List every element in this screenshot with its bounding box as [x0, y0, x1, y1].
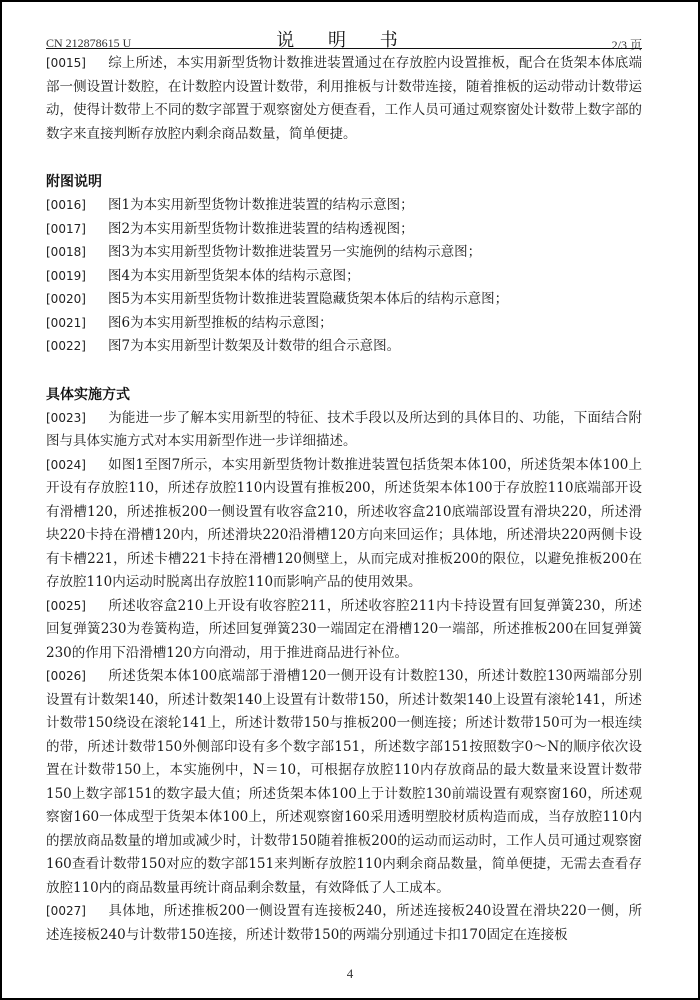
paragraph-text: 图6为本实用新型推板的结构示意图；: [108, 315, 333, 331]
paragraph-0027: [0027]具体地，所述推板200一侧设置有连接板240，所述连接板240设置在…: [46, 900, 642, 947]
paragraph-number: [0026]: [46, 665, 108, 689]
paragraph-number: [0018]: [46, 241, 108, 265]
page-header: CN 212878615 U 说 明 书 2/3 页: [46, 26, 642, 48]
header-rule: [46, 48, 642, 49]
paragraph-text: 如图1至图7所示，本实用新型货物计数推进装置包括货架本体100，所述货架本体10…: [46, 457, 642, 591]
paragraph-number: [0023]: [46, 407, 108, 431]
paragraph-number: [0021]: [46, 312, 108, 336]
section-heading-embodiments: 具体实施方式: [46, 383, 642, 407]
paragraph-text: 所述收容盒210上开设有收容腔211，所述收容腔211内卡持设置有回复弹簧230…: [46, 598, 642, 661]
paragraph-0018: [0018]图3为本实用新型货物计数推进装置另一实施例的结构示意图；: [46, 241, 642, 265]
paragraph-0019: [0019]图4为本实用新型货架本体的结构示意图；: [46, 265, 642, 289]
paragraph-number: [0020]: [46, 288, 108, 312]
paragraph-0015: [0015]综上所述，本实用新型货物计数推进装置通过在存放腔内设置推板，配合在货…: [46, 52, 642, 146]
paragraph-0022: [0022]图7为本实用新型计数架及计数带的组合示意图。: [46, 335, 642, 359]
paragraph-0016: [0016]图1为本实用新型货物计数推进装置的结构示意图；: [46, 194, 642, 218]
paragraph-0026: [0026]所述货架本体100底端部于滑槽120一侧开设有计数腔130，所述计数…: [46, 665, 642, 900]
document-body: [0015]综上所述，本实用新型货物计数推进装置通过在存放腔内设置推板，配合在货…: [46, 52, 642, 947]
paragraph-0025: [0025]所述收容盒210上开设有收容腔211，所述收容腔211内卡持设置有回…: [46, 595, 642, 666]
paragraph-text: 图5为本实用新型货物计数推进装置隐藏货架本体后的结构示意图；: [108, 291, 508, 307]
paragraph-number: [0017]: [46, 218, 108, 242]
paragraph-text: 图3为本实用新型货物计数推进装置另一实施例的结构示意图；: [108, 244, 481, 260]
page-indicator: 2/3 页: [612, 36, 642, 53]
section-heading-figures: 附图说明: [46, 170, 642, 194]
paragraph-number: [0016]: [46, 194, 108, 218]
paragraph-0023: [0023]为能进一步了解本实用新型的特征、技术手段以及所达到的具体目的、功能，…: [46, 407, 642, 454]
paragraph-0024: [0024]如图1至图7所示，本实用新型货物计数推进装置包括货架本体100，所述…: [46, 454, 642, 595]
paragraph-0017: [0017]图2为本实用新型货物计数推进装置的结构透视图；: [46, 218, 642, 242]
paragraph-number: [0022]: [46, 335, 108, 359]
paragraph-text: 图1为本实用新型货物计数推进装置的结构示意图；: [108, 197, 414, 213]
paragraph-number: [0027]: [46, 900, 108, 924]
paragraph-0020: [0020]图5为本实用新型货物计数推进装置隐藏货架本体后的结构示意图；: [46, 288, 642, 312]
paragraph-number: [0019]: [46, 265, 108, 289]
page-number: 4: [0, 966, 700, 982]
paragraph-text: 图4为本实用新型货架本体的结构示意图；: [108, 268, 360, 284]
paragraph-text: 具体地，所述推板200一侧设置有连接板240，所述连接板240设置在滑块220一…: [46, 903, 642, 943]
paragraph-text: 综上所述，本实用新型货物计数推进装置通过在存放腔内设置推板，配合在货架本体底端部…: [46, 55, 642, 142]
paragraph-text: 所述货架本体100底端部于滑槽120一侧开设有计数腔130，所述计数腔130两端…: [46, 668, 642, 896]
paragraph-number: [0025]: [46, 595, 108, 619]
paragraph-text: 图7为本实用新型计数架及计数带的组合示意图。: [108, 338, 400, 354]
paragraph-0021: [0021]图6为本实用新型推板的结构示意图；: [46, 312, 642, 336]
paragraph-text: 为能进一步了解本实用新型的特征、技术手段以及所达到的具体目的、功能，下面结合附图…: [46, 410, 642, 450]
paragraph-text: 图2为本实用新型货物计数推进装置的结构透视图；: [108, 221, 414, 237]
paragraph-number: [0015]: [46, 52, 108, 76]
paragraph-number: [0024]: [46, 454, 108, 478]
